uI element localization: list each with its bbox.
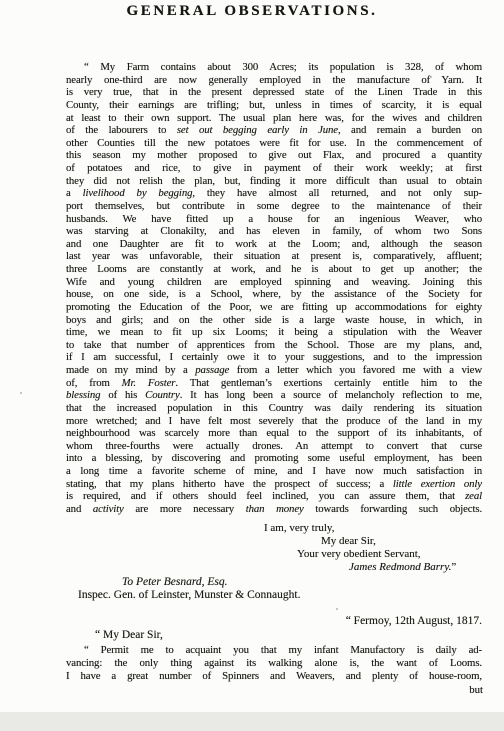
letter1-addressee-name: To Peter Besnard, Esq. [122,576,228,588]
scan-speck [430,76,432,78]
text-line: nearly one-third are now generally emplo… [66,74,482,87]
text-line: is required, and if others should feel i… [66,490,482,503]
scan-speck [20,392,22,394]
text-line: of, from Mr. Foster. That gentleman’s ex… [66,377,482,390]
text-line: Wife and young children are employed spi… [66,276,482,289]
text-line: “ Permit me to acquaint you that my infa… [66,644,482,657]
text-line: at least to their own support. The usual… [66,112,482,125]
text-line: husbands. We have fitted up a house for … [66,213,482,226]
text-line: made on my mind by a passage from a lett… [66,364,482,377]
text-line: neighbourhood was scarcely more than equ… [66,427,482,440]
text-line: I have a great number of Spinners and We… [66,670,482,683]
text-line: County, their earnings are trifling; but… [66,99,482,112]
scanned-page: GENERAL OBSERVATIONS. “ My Farm contains… [0,0,504,731]
page-title: GENERAL OBSERVATIONS. [0,3,504,20]
text-line: is very true, that in the present depres… [66,86,482,99]
text-line: My dear Sir, [66,535,482,548]
letter1-body: “ My Farm contains about 300 Acres; its … [66,61,482,516]
text-line: stating, that my plans hitherto have the… [66,478,482,491]
letter1-closing: I am, very truly,My dear Sir,Your very o… [66,522,482,574]
catchword: but [469,684,483,696]
text-line: whom three-fourths were actually drones.… [66,440,482,453]
text-line: James Redmond Barry.” [66,561,482,574]
text-line: if I am successful, I certainly owe it t… [66,351,482,364]
page-bottom-shadow [0,712,504,731]
letter2-salutation: “ My Dear Sir, [95,629,163,641]
text-line: a long time a favorite scheme of mine, a… [66,465,482,478]
text-line: and activity are more necessary than mon… [66,503,482,516]
text-line: of the labourers to set out begging earl… [66,124,482,137]
text-line: last year was unfavorable, their situati… [66,250,482,263]
letter2-body: “ Permit me to acquaint you that my infa… [66,644,482,683]
text-line: time, we mean to fit up six Looms; it be… [66,326,482,339]
text-line: “ My Farm contains about 300 Acres; its … [66,61,482,74]
letter2-dateline: “ Fermoy, 12th August, 1817. [346,615,482,627]
text-line: boys and girls; and on the other side is… [66,314,482,327]
text-line: three Looms are constantly at work, and … [66,263,482,276]
text-line: of potatoes and rice, to give in payment… [66,162,482,175]
text-line: port themselves, but contribute in some … [66,200,482,213]
text-line: promoting the Education of the Poor, we … [66,301,482,314]
text-line: into a blessing, by discovering and prom… [66,452,482,465]
text-line: this season my mother proposed to give o… [66,149,482,162]
letter1-addressee-office: Inspec. Gen. of Leinster, Munster & Conn… [78,589,300,601]
scan-speck [336,608,338,610]
text-line: they did not relish the plan, but, findi… [66,175,482,188]
text-line: more wretched; and I have felt most seve… [66,415,482,428]
text-line: blessing of his Country. It has long bee… [66,389,482,402]
text-line: a livelihood by begging, they have almos… [66,187,482,200]
text-line: I am, very truly, [66,522,482,535]
text-line: that the increased population in this Co… [66,402,482,415]
text-line: house, on one side, is a School, where, … [66,288,482,301]
text-line: and one Daughter are fit to work at the … [66,238,482,251]
text-line: was starving at Clonakilty, and has elev… [66,225,482,238]
text-line: to take that number of apprentices from … [66,339,482,352]
text-line: vancing: the only thing against its walk… [66,657,482,670]
text-line: Your very obedient Servant, [66,548,482,561]
text-line: other Counties till the new potatoes wer… [66,137,482,150]
